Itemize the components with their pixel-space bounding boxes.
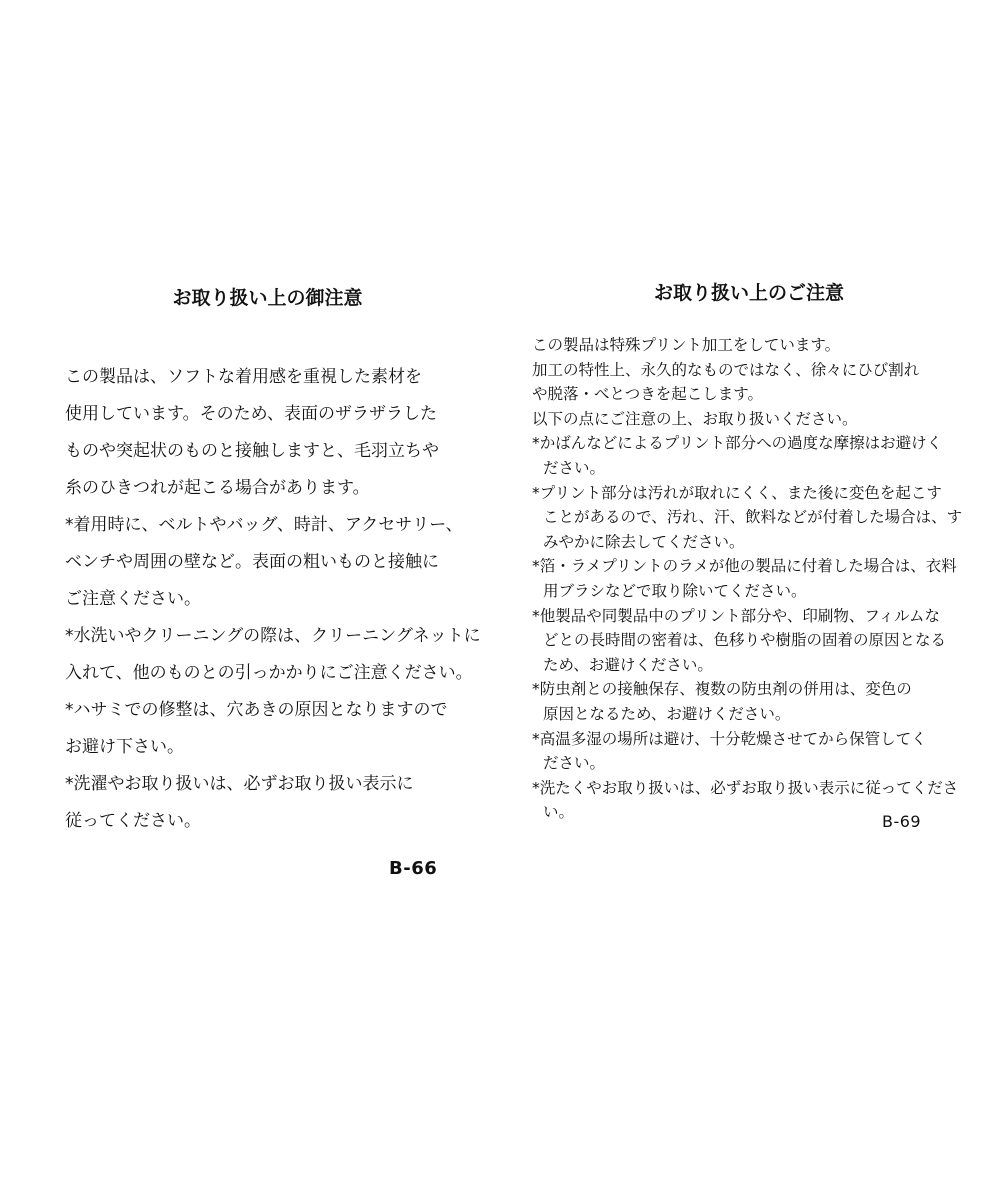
right-line: *他製品や同製品中のプリント部分や、印刷物、フィルムな	[532, 604, 962, 629]
right-body: この製品は特殊プリント加工をしています。 加工の特性上、永久的なものではなく、徐…	[532, 333, 962, 825]
right-line: *洗たくやお取り扱いは、必ずお取り扱い表示に従ってくださ	[532, 776, 962, 801]
right-line: ことがあるので、汚れ、汗、飲料などが付着した場合は、す	[532, 505, 962, 530]
left-title: お取り扱い上の御注意	[65, 283, 465, 310]
care-notice-right: お取り扱い上のご注意 この製品は特殊プリント加工をしています。 加工の特性上、永…	[532, 278, 962, 825]
right-line: *かばんなどによるプリント部分への過度な摩擦はお避けく	[532, 431, 962, 456]
left-line: *着用時に、ベルトやバッグ、時計、アクセサリー、	[65, 507, 465, 544]
left-line: 入れて、他のものとの引っかかりにご注意ください。	[65, 655, 465, 692]
right-line: *プリント部分は汚れが取れにくく、また後に変色を起こす	[532, 481, 962, 506]
right-line: 用ブラシなどで取り除いてください。	[532, 579, 962, 604]
left-line: ものや突起状のものと接触しますと、毛羽立ちや	[65, 433, 465, 470]
left-line: 糸のひきつれが起こる場合があります。	[65, 470, 465, 507]
right-line: *高温多湿の場所は避け、十分乾燥させてから保管してく	[532, 727, 962, 752]
right-line: みやかに除去してください。	[532, 530, 962, 555]
care-notice-left: お取り扱い上の御注意 この製品は、ソフトな着用感を重視した素材を 使用しています…	[65, 283, 465, 840]
left-product-code: B-66	[389, 858, 437, 879]
right-line: ださい。	[532, 751, 962, 776]
left-line: ご注意ください。	[65, 581, 465, 618]
right-line: 以下の点にご注意の上、お取り扱いください。	[532, 407, 962, 432]
left-line: お避け下さい。	[65, 729, 465, 766]
left-line: *水洗いやクリーニングの際は、クリーニングネットに	[65, 618, 465, 655]
right-line: ため、お避けください。	[532, 653, 962, 678]
left-line: *ハサミでの修整は、穴あきの原因となりますので	[65, 692, 465, 729]
right-line: 加工の特性上、永久的なものではなく、徐々にひび割れ	[532, 358, 962, 383]
right-line: *箔・ラメプリントのラメが他の製品に付着した場合は、衣料	[532, 554, 962, 579]
right-line: ださい。	[532, 456, 962, 481]
left-line: 従ってください。	[65, 803, 465, 840]
right-line: この製品は特殊プリント加工をしています。	[532, 333, 962, 358]
left-line: 使用しています。そのため、表面のザラザラした	[65, 396, 465, 433]
left-line: *洗濯やお取り扱いは、必ずお取り扱い表示に	[65, 766, 465, 803]
left-line: ベンチや周囲の壁など。表面の粗いものと接触に	[65, 544, 465, 581]
right-line: どとの長時間の密着は、色移りや樹脂の固着の原因となる	[532, 628, 962, 653]
right-line: や脱落・べとつきを起こします。	[532, 382, 962, 407]
left-line: この製品は、ソフトな着用感を重視した素材を	[65, 359, 465, 396]
right-line: 原因となるため、お避けください。	[532, 702, 962, 727]
left-body: この製品は、ソフトな着用感を重視した素材を 使用しています。そのため、表面のザラ…	[65, 359, 465, 840]
right-line: *防虫剤との接触保存、複数の防虫剤の併用は、変色の	[532, 677, 962, 702]
right-title: お取り扱い上のご注意	[532, 278, 962, 305]
right-product-code: B-69	[882, 812, 921, 831]
